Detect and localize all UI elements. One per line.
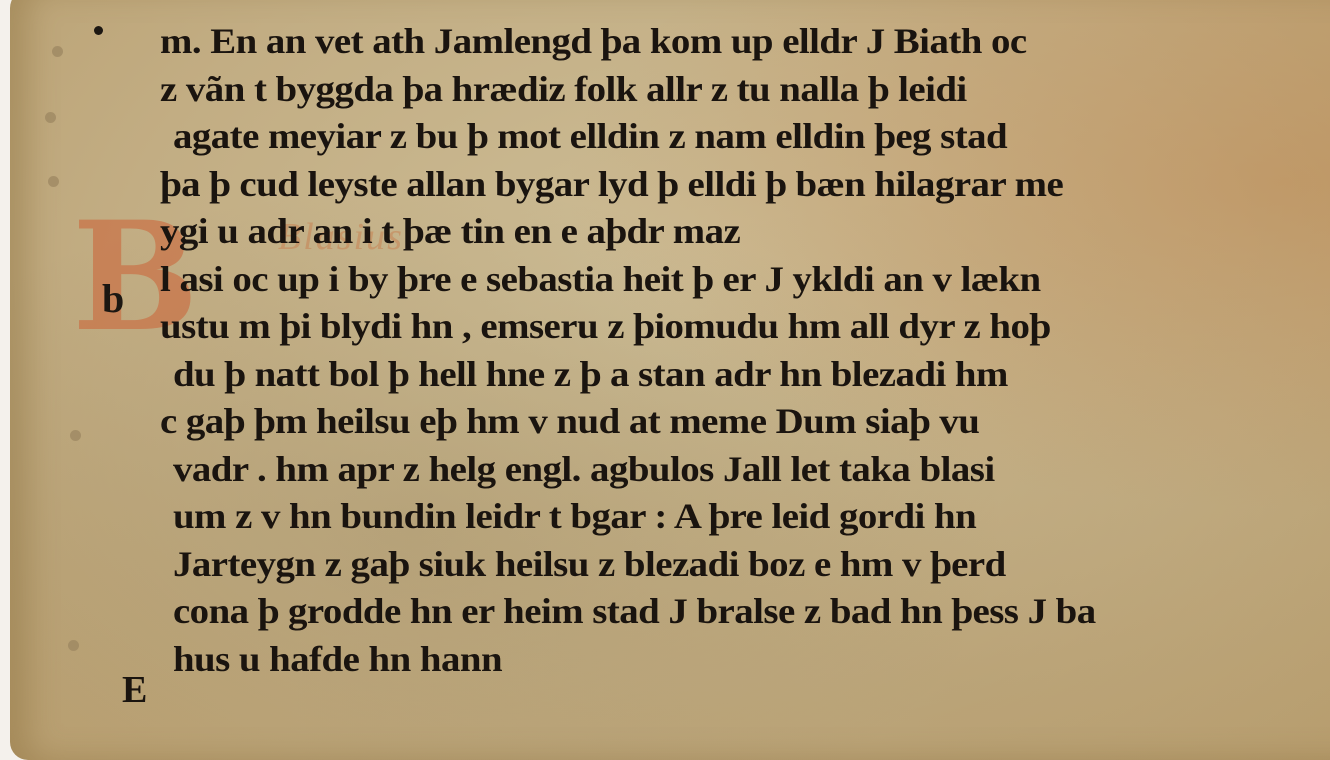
- prick-mark: [48, 176, 59, 187]
- text-line: du þ natt bol þ hell hne z þ a stan adr …: [160, 351, 1330, 399]
- prick-mark: [68, 640, 79, 651]
- manuscript-text: m. En an vet ath Jamlengd þa kom up elld…: [160, 18, 1330, 683]
- text-line: agate meyiar z bu þ mot elldin z nam ell…: [160, 113, 1330, 161]
- margin-letter: E: [122, 668, 147, 712]
- text-line: hus u hafde hn hann: [160, 636, 1330, 684]
- text-line: um z v hn bundin leidr t bgar : A þre le…: [160, 493, 1330, 541]
- text-line: þa þ cud leyste allan bygar lyd þ elldi …: [160, 161, 1330, 209]
- text-line: c gaþ þm heilsu eþ hm v nud at meme Dum …: [160, 398, 1330, 446]
- text-line: z vãn t byggda þa hrædiz folk allr z tu …: [160, 66, 1330, 114]
- text-line: ustu m þi blydi hn , emseru z þiomudu hm…: [160, 303, 1330, 351]
- guide-letter: b: [102, 275, 124, 322]
- text-line: Jarteygn z gaþ siuk heilsu z blezadi boz…: [160, 541, 1330, 589]
- punctuation-dot: [94, 26, 103, 35]
- text-line: cona þ grodde hn er heim stad J bralse z…: [160, 588, 1330, 636]
- text-line: vadr . hm apr z helg engl. agbulos Jall …: [160, 446, 1330, 494]
- prick-mark: [52, 46, 63, 57]
- prick-mark: [70, 430, 81, 441]
- text-line: l asi oc up i by þre e sebastia heit þ e…: [160, 256, 1330, 304]
- text-line: ygi u adr an i t þæ tin en e aþdr maz: [160, 208, 1330, 256]
- text-line: m. En an vet ath Jamlengd þa kom up elld…: [160, 18, 1330, 66]
- prick-mark: [45, 112, 56, 123]
